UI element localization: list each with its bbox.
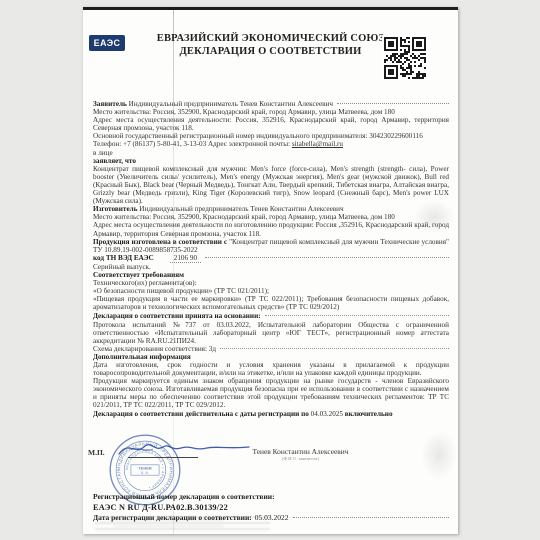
registration-number-label: Регистрационный номер декларации о соотв… <box>93 492 449 502</box>
validity-line: Декларация о соответствии действительна … <box>93 410 449 418</box>
manufacturer-line: Изготовитель Индивидуальный предпринимат… <box>93 205 449 213</box>
mp-seal-label: М.П. <box>88 448 105 457</box>
product-description: Концентрат пищевой комплексный для мужчи… <box>93 165 449 205</box>
tnved-label: код ТН ВЭД ЕАЭС <box>93 254 154 262</box>
tnved-code: 2106 90 <box>170 254 201 263</box>
applicant-residence: Место жительства: Россия, 352900, Красно… <box>93 108 449 116</box>
stamp-center-line-2: К. А. <box>141 471 149 475</box>
validity-pre: Декларация о соответствии действительна … <box>93 410 309 418</box>
signatory-caption: (Ф.И.О. заявителя) <box>233 456 368 461</box>
applicant-ogrn: Основной государственный регистрационный… <box>93 132 449 140</box>
basis-heading-line: Декларация о соответствии принята на осн… <box>93 312 449 320</box>
qr-code <box>382 35 428 81</box>
validity-date: 04.03.2025 <box>311 410 343 418</box>
dotted-leader <box>205 257 449 258</box>
applicant-label: Заявитель <box>93 100 127 108</box>
manufacturer-label: Изготовитель <box>93 205 138 213</box>
additional-paragraph-1: Дата изготовления, срок годности и услов… <box>93 361 449 377</box>
dotted-leader <box>337 103 449 104</box>
in-person-line: в лице <box>93 149 449 157</box>
additional-paragraph-2: Продукция маркируется единым знаком обра… <box>93 377 449 409</box>
dotted-leader <box>293 517 449 518</box>
regulations-intro: Технического(их) регламента(ов): <box>93 279 449 287</box>
tu-standard-line: Продукция изготовлена в соответствии с "… <box>93 238 449 254</box>
regulation-2: «Пищевая продукция в части ее маркировки… <box>93 295 449 311</box>
tnved-line: код ТН ВЭД ЕАЭС 2106 90 <box>93 254 449 263</box>
screenshot-root: { "colors": {"stamp_blue": "#4b6ca9", "s… <box>0 0 540 540</box>
phone-text: Телефон: +7 (86137) 5-80-41, 3-13-03 Адр… <box>93 140 290 148</box>
validity-post: включительно <box>345 410 393 418</box>
applicant-line: Заявитель Индивидуальный предприниматель… <box>93 100 449 108</box>
scan-smudge <box>421 430 457 480</box>
signatory-name-block: Тенев Константин Алексеевич (Ф.И.О. заяв… <box>233 447 368 461</box>
scheme-text: Схема декларирования соответствия: 3д <box>93 345 216 353</box>
dotted-leader <box>220 348 449 349</box>
signatory-name: Тенев Константин Алексеевич <box>253 447 349 456</box>
scan-smudge <box>413 200 455 234</box>
regulation-1: «О безопасности пищевой продукции» (ТР Т… <box>93 287 449 295</box>
basis-heading: Декларация о соответствии принята на осн… <box>93 312 261 320</box>
declares-line: заявляет, что <box>93 157 449 165</box>
scheme-line: Схема декларирования соответствия: 3д <box>93 345 449 353</box>
document-body: Заявитель Индивидуальный предприниматель… <box>93 100 449 418</box>
bleed-through-text-ghost <box>113 519 223 529</box>
manufacturer-name: Индивидуальный предприниматель Тенев Кон… <box>139 205 343 213</box>
compliance-heading: Соответствует требованиям <box>93 271 449 279</box>
serial-issue-line: Серийный выпуск. <box>93 263 449 271</box>
manufacturer-residence: Место жительства: Россия, 352900, Красно… <box>93 213 449 221</box>
applicant-name: Индивидуальный предприниматель Тенев Кон… <box>129 100 333 108</box>
basis-protocol-text: Протокола испытаний №737 от 03.03.2022, … <box>93 321 449 345</box>
stamp-center-line-1: ТЕНЕВ <box>138 465 152 470</box>
signature-underline <box>128 457 198 458</box>
applicant-activity-address: Адрес места осуществления деятельности: … <box>93 116 449 132</box>
email-text: sitabella@mail.ru <box>292 140 343 148</box>
manufacturer-activity-address: Адрес места осуществления деятельности п… <box>93 221 449 237</box>
declaration-document-page: ЕАЭС ЕВРАЗИЙСКИЙ ЭКОНОМИЧЕСКИЙ СОЮЗ ДЕКЛ… <box>83 7 458 534</box>
registration-number: ЕАЭС N RU Д-RU.РА02.В.30139/22 <box>93 502 449 513</box>
applicant-contacts: Телефон: +7 (86137) 5-80-41, 3-13-03 Адр… <box>93 140 449 148</box>
dotted-leader <box>265 315 449 316</box>
additional-paragraph-2-wrap: Продукция маркируется единым знаком обра… <box>93 377 449 409</box>
additional-info-heading: Дополнительная информация <box>93 353 449 361</box>
tu-lead: Продукция изготовлена в соответствии с <box>93 238 227 246</box>
